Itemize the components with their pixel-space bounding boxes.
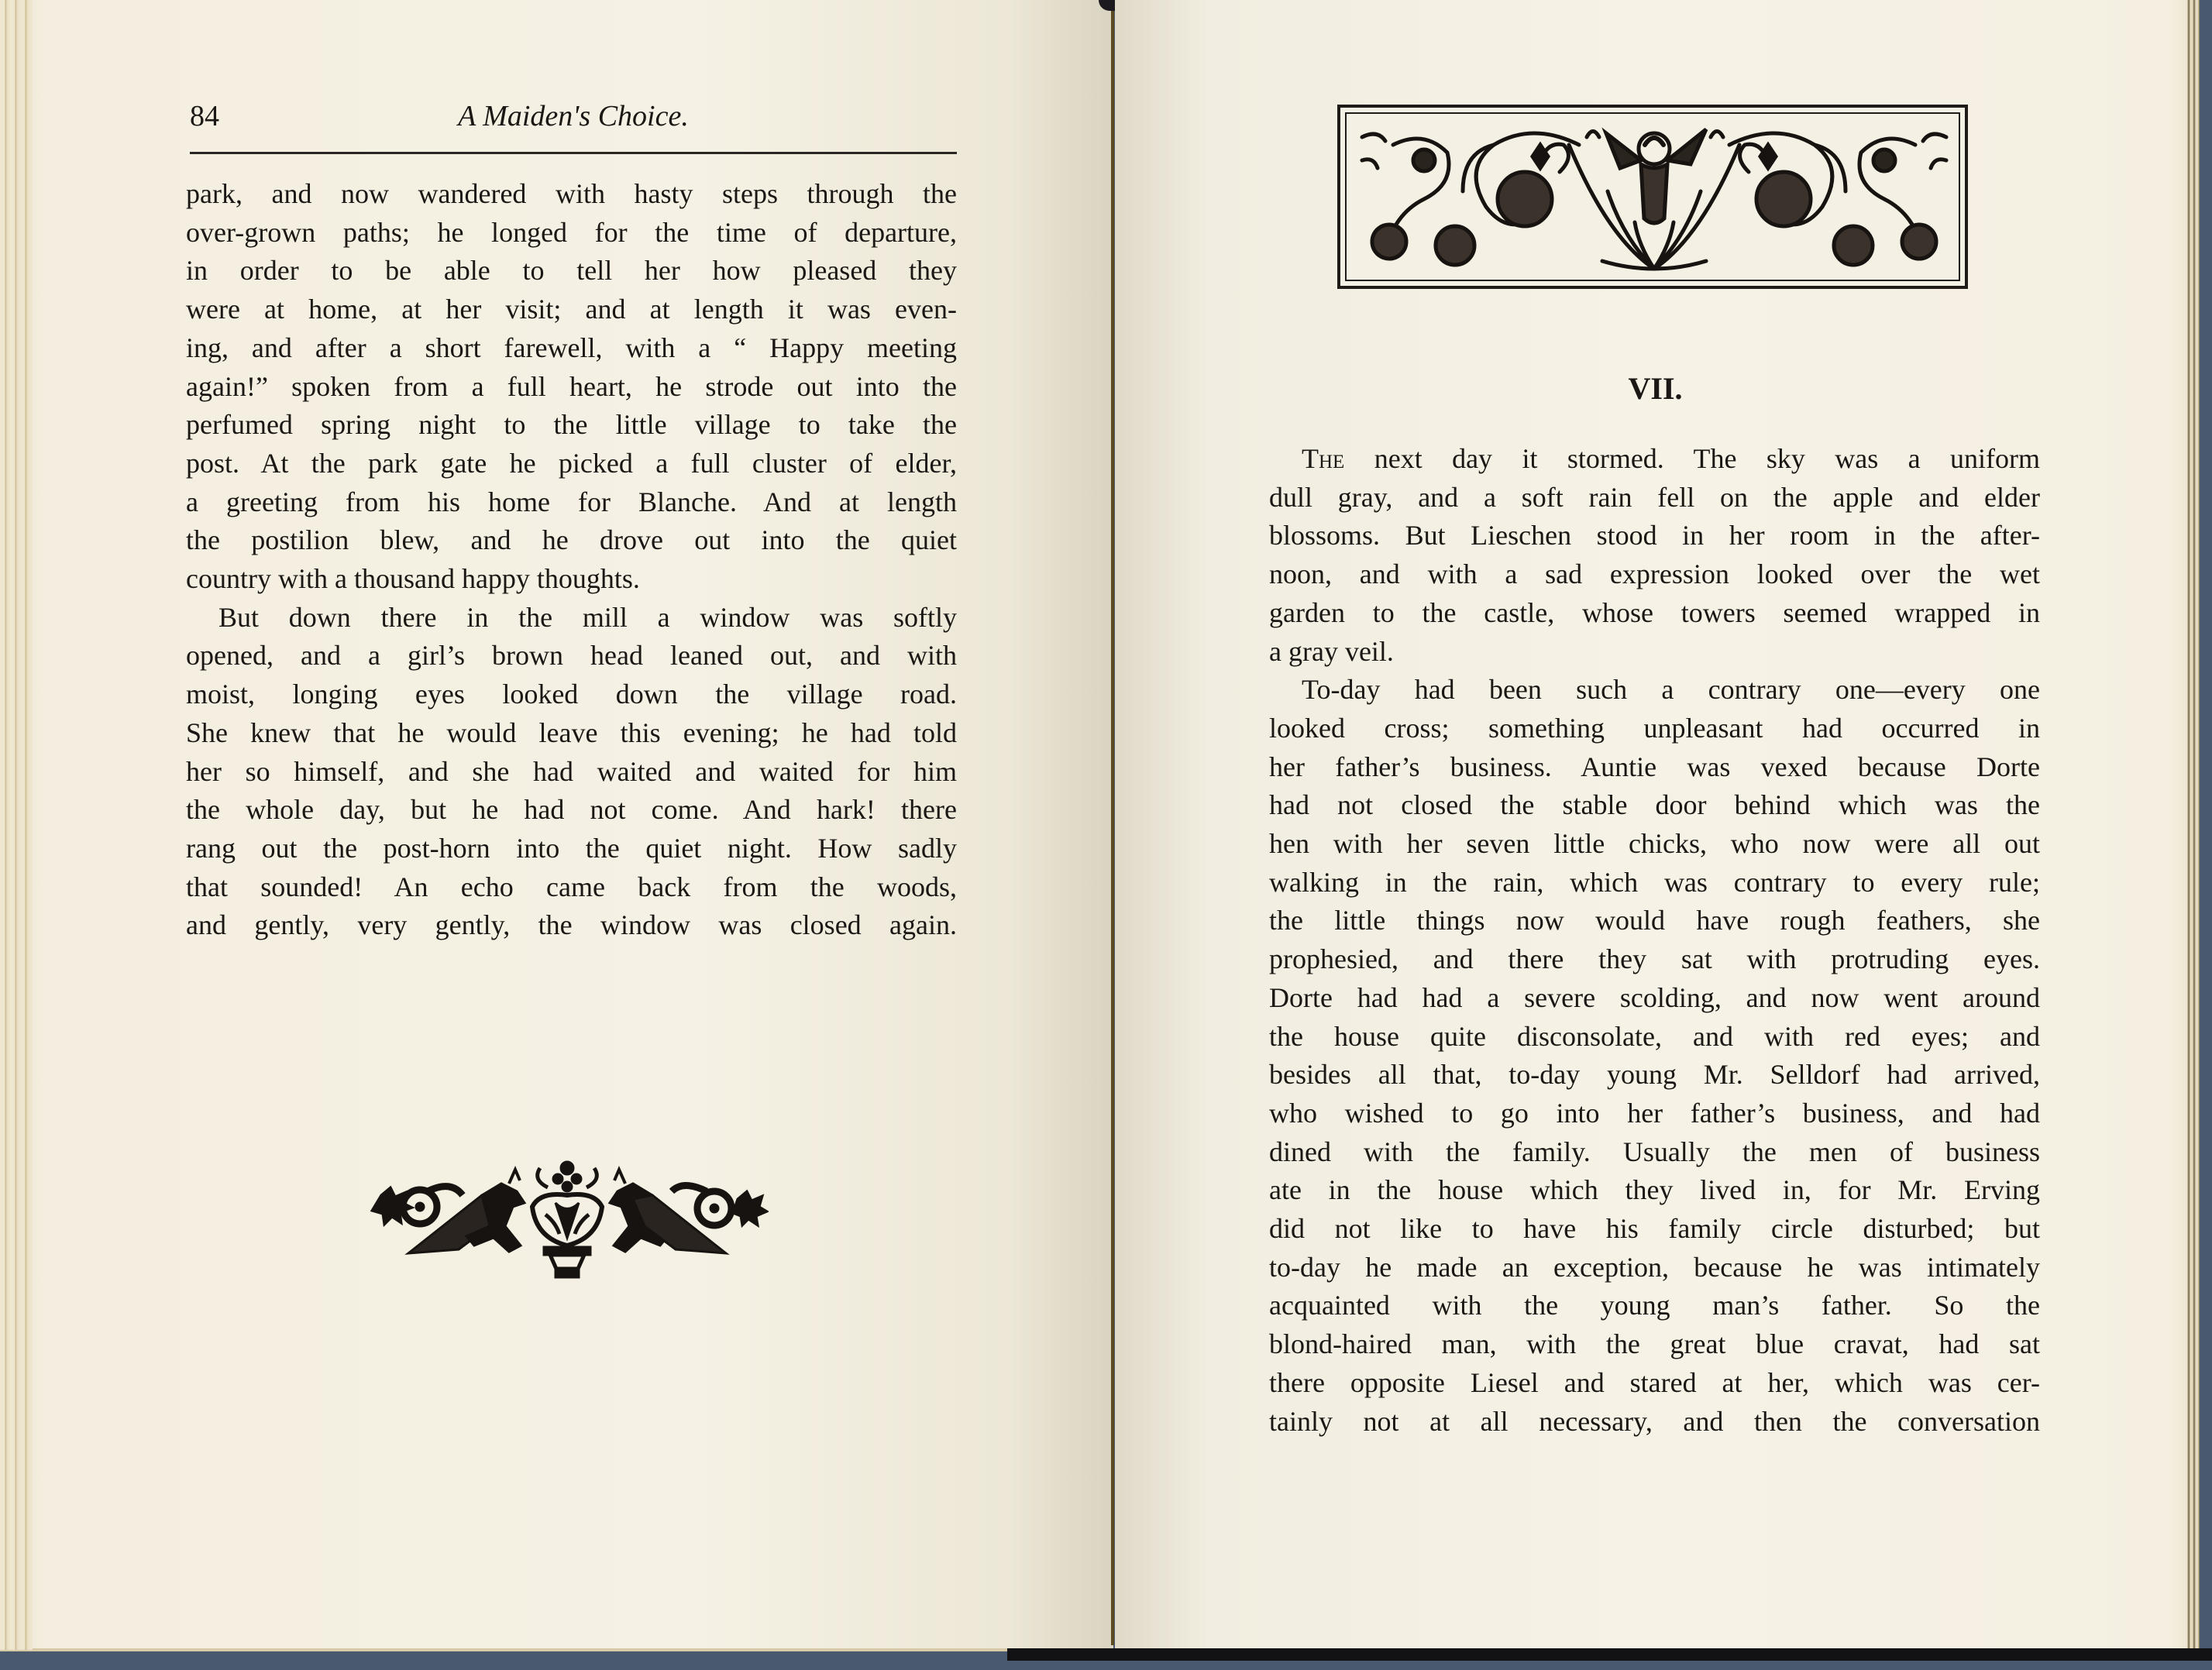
text-line: walking in the rain, which was contrary … — [1269, 864, 2040, 902]
text-line: ate in the house which they lived in, fo… — [1269, 1171, 2040, 1210]
text-line: her father’s business. Auntie was vexed … — [1269, 748, 2040, 787]
text-line: noon, and with a sad expression looked o… — [1269, 555, 2040, 594]
text-line: prophesied, and there they sat with prot… — [1269, 940, 2040, 979]
text-line: opened, and a girl’s brown head leaned o… — [186, 637, 957, 675]
griffin-vase-ornament-icon — [366, 1153, 769, 1284]
text-line: park, and now wandered with hasty steps … — [186, 175, 957, 214]
text-line: looked cross; something unpleasant had o… — [1269, 710, 2040, 748]
text-line: The next day it stormed. The sky was a u… — [1269, 440, 2040, 479]
text-line: over-grown paths; he longed for the time… — [186, 214, 957, 253]
text-line: dined with the family. Usually the men o… — [1269, 1133, 2040, 1172]
text-line: the house quite disconsolate, and with r… — [1269, 1018, 2040, 1057]
text-line: dull gray, and a soft rain fell on the a… — [1269, 479, 2040, 517]
text-line: and gently, very gently, the window was … — [186, 906, 957, 945]
text-line: Dorte had had a severe scolding, and now… — [1269, 979, 2040, 1018]
page-edges-right — [2187, 0, 2200, 1650]
text-line: To-day had been such a contrary one—ever… — [1269, 671, 2040, 710]
book-bottom-shadow — [1007, 1648, 2212, 1661]
text-line: post. At the park gate he picked a full … — [186, 445, 957, 483]
text-line: in order to be able to tell her how plea… — [186, 252, 957, 290]
cherub-foliage-headpiece-icon — [1337, 105, 1968, 289]
right-page-body: The next day it stormed. The sky was a u… — [1269, 440, 2040, 1441]
text-line: besides all that, to-day young Mr. Selld… — [1269, 1056, 2040, 1094]
text-line: to-day he made an exception, because he … — [1269, 1249, 2040, 1287]
text-line: the whole day, but he had not come. And … — [186, 791, 957, 830]
text-line: blossoms. But Lieschen stood in her room… — [1269, 517, 2040, 555]
text-line: did not like to have his family circle d… — [1269, 1210, 2040, 1249]
text-line: her so himself, and she had waited and w… — [186, 753, 957, 792]
text-line: blond-haired man, with the great blue cr… — [1269, 1325, 2040, 1364]
text-line: who wished to go into her father’s busin… — [1269, 1094, 2040, 1133]
paragraph: To-day had been such a contrary one—ever… — [1269, 671, 2040, 1441]
page-edges-left — [0, 0, 33, 1650]
left-page-body: park, and now wandered with hasty steps … — [186, 175, 957, 945]
text-line: that sounded! An echo came back from the… — [186, 868, 957, 907]
paragraph: park, and now wandered with hasty steps … — [186, 175, 957, 599]
text-line: acquainted with the young man’s father. … — [1269, 1287, 2040, 1325]
text-line: hen with her seven little chicks, who no… — [1269, 825, 2040, 864]
text-line: again!” spoken from a full heart, he str… — [186, 368, 957, 407]
text-line: the little things now would have rough f… — [1269, 902, 2040, 940]
text-line: garden to the castle, whose towers seeme… — [1269, 594, 2040, 633]
paragraph: The next day it stormed. The sky was a u… — [1269, 440, 2040, 671]
text-line: were at home, at her visit; and at lengt… — [186, 290, 957, 329]
header-rule — [190, 152, 957, 154]
running-title: A Maiden's Choice. — [190, 99, 957, 133]
text-line: there opposite Liesel and stared at her,… — [1269, 1364, 2040, 1403]
open-book: 84 A Maiden's Choice. park, and now wand… — [0, 0, 2212, 1650]
paragraph: But down there in the mill a window was … — [186, 599, 957, 945]
text-line: perfumed spring night to the little vill… — [186, 406, 957, 445]
text-line: tainly not at all necessary, and then th… — [1269, 1403, 2040, 1441]
headpiece-artwork — [1347, 114, 1960, 280]
chapter-heading: VII. — [1270, 370, 2041, 407]
text-line: moist, longing eyes looked down the vill… — [186, 675, 957, 714]
running-head: 84 A Maiden's Choice. — [190, 99, 957, 138]
left-page: 84 A Maiden's Choice. park, and now wand… — [0, 0, 1113, 1651]
text-line: had not closed the stable door behind wh… — [1269, 786, 2040, 825]
text-line: ing, and after a short farewell, with a … — [186, 329, 957, 368]
text-line: the postilion blew, and he drove out int… — [186, 521, 957, 560]
book-gutter — [1111, 11, 1114, 1645]
text-line: a gray veil. — [1269, 633, 2040, 672]
text-line: country with a thousand happy thoughts. — [186, 560, 957, 599]
text-line: rang out the post-horn into the quiet ni… — [186, 830, 957, 868]
text-line: a greeting from his home for Blanche. An… — [186, 483, 957, 522]
text-line: But down there in the mill a window was … — [186, 599, 957, 637]
text-line: She knew that he would leave this evenin… — [186, 714, 957, 753]
opening-word: The — [1302, 443, 1344, 474]
